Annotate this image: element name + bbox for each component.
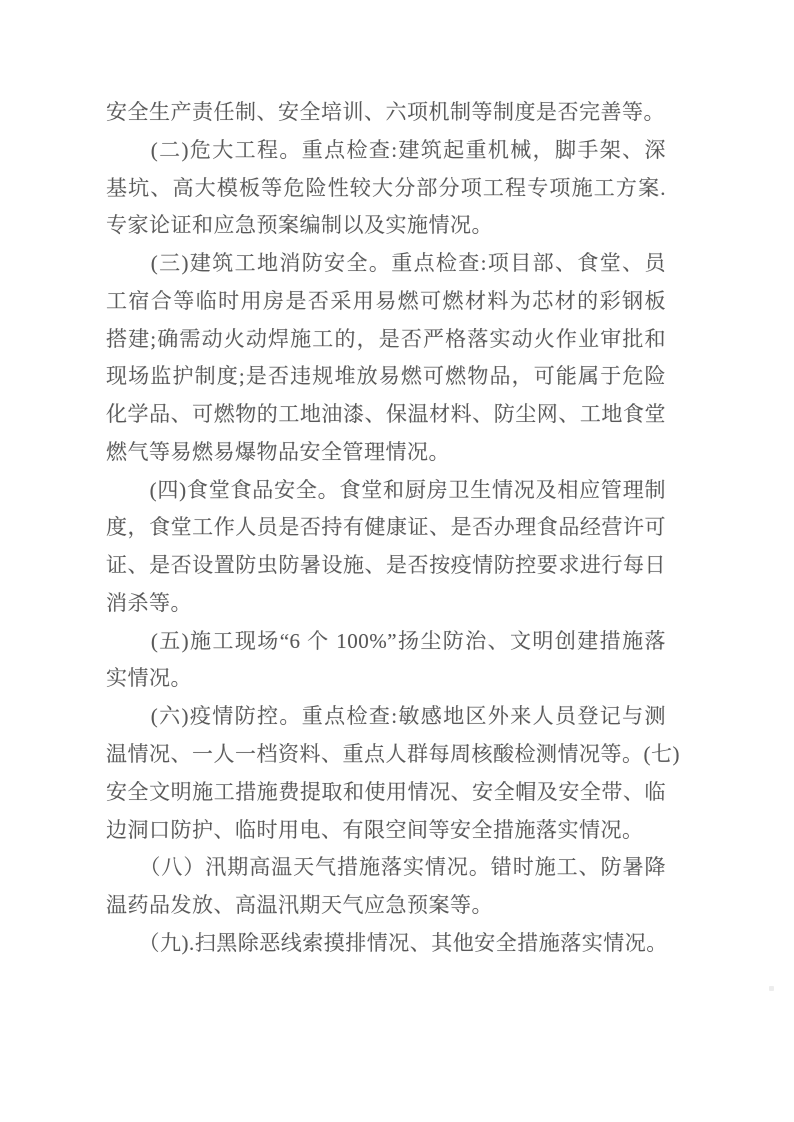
paragraph: (三)建筑工地消防安全。重点检查:项目部、食堂、员工宿合等临时用房是否采用易燃可… [106,245,666,472]
paragraph: （八）汛期高温天气措施落实情况。错时施工、防暑降温药品发放、高温汛期天气应急预案… [106,849,666,925]
text-line: 工宿合等临时用房是否采用易燃可燃材料为芯材的彩钢板 [106,283,666,321]
document-page: 安全生产责任制、安全培训、六项机制等制度是否完善等。 (二)危大工程。重点检查:… [0,0,794,1122]
scan-artifact [769,986,774,991]
text-line: 证、是否设置防虫防暑设施、是否按疫情防控要求进行每日 [106,547,666,585]
paragraph: (五)施工现场“6 个 100%”扬尘防治、文明创建措施落实情况。 [106,623,666,699]
paragraph: 安全生产责任制、安全培训、六项机制等制度是否完善等。 [106,94,666,132]
text-line: 现场监护制度;是否违规堆放易燃可燃物品，可能属于危险 [106,358,666,396]
text-line: 化学品、可燃物的工地油漆、保温材料、防尘网、工地食堂 [106,396,666,434]
text-line: (三)建筑工地消防安全。重点检查:项目部、食堂、员 [106,245,666,283]
text-line: 度，食堂工作人员是否持有健康证、是否办理食品经营许可 [106,509,666,547]
text-line: 安全生产责任制、安全培训、六项机制等制度是否完善等。 [106,94,666,132]
text-line: (二)危大工程。重点检查:建筑起重机械，脚手架、深 [106,132,666,170]
text-line: (五)施工现场“6 个 100%”扬尘防治、文明创建措施落 [106,623,666,661]
text-line: （八）汛期高温天气措施落实情况。错时施工、防暑降 [106,849,666,887]
paragraph: (四)食堂食品安全。食堂和厨房卫生情况及相应管理制度，食堂工作人员是否持有健康证… [106,472,666,623]
text-line: (四)食堂食品安全。食堂和厨房卫生情况及相应管理制 [106,472,666,510]
text-line: (六)疫情防控。重点检查:敏感地区外来人员登记与测 [106,698,666,736]
paragraph: （九).扫黑除恶线索摸排情况、其他安全措施落实情况。 [106,925,666,963]
text-line: 专家论证和应急预案编制以及实施情况。 [106,207,666,245]
paragraph: (二)危大工程。重点检查:建筑起重机械，脚手架、深基坑、高大模板等危险性较大分部… [106,132,666,245]
text-line: 边洞口防护、临时用电、有限空间等安全措施落实情况。 [106,812,666,850]
text-line: 搭建;确需动火动焊施工的，是否严格落实动火作业审批和 [106,321,666,359]
paragraph: (六)疫情防控。重点检查:敏感地区外来人员登记与测温情况、一人一档资料、重点人群… [106,698,666,849]
text-line: （九).扫黑除恶线索摸排情况、其他安全措施落实情况。 [106,925,666,963]
text-line: 安全文明施工措施费提取和使用情况、安全帽及安全带、临 [106,774,666,812]
text-line: 燃气等易燃易爆物品安全管理情况。 [106,434,666,472]
text-line: 温药品发放、高温汛期天气应急预案等。 [106,887,666,925]
text-line: 实情况。 [106,660,666,698]
text-line: 消杀等。 [106,585,666,623]
text-block: 安全生产责任制、安全培训、六项机制等制度是否完善等。 (二)危大工程。重点检查:… [106,94,666,963]
text-line: 温情况、一人一档资料、重点人群每周核酸检测情况等。(七) [106,736,666,774]
text-line: 基坑、高大模板等危险性较大分部分项工程专项施工方案. [106,170,666,208]
